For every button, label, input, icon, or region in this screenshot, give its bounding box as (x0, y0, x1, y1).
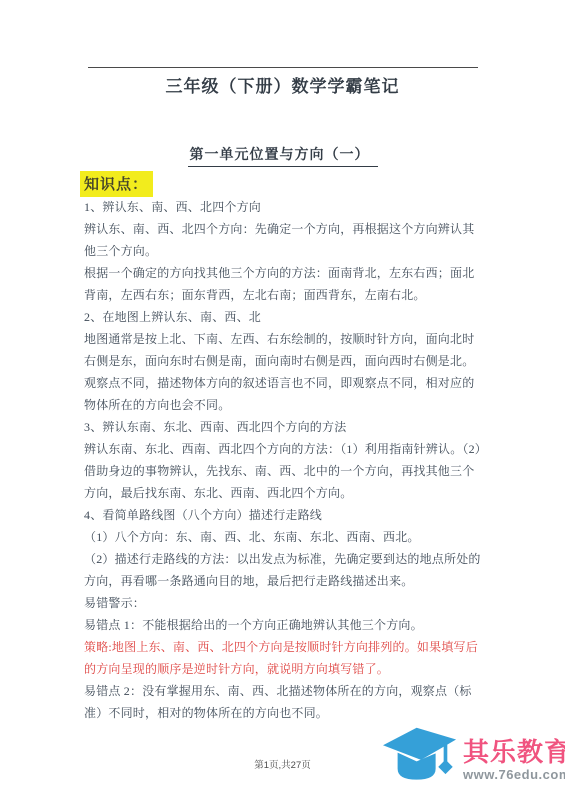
section-heading-wrap: 第一单元位置与方向（一） (0, 144, 565, 167)
logo-text: 其乐教育 www.76edu.com (463, 738, 565, 782)
body-line: 辨认东、南、西、北四个方向：先确定一个方向，再根据这个方向辨认其 (84, 218, 484, 240)
body-line: 物体所在的方向也会不同。 (84, 394, 484, 416)
body-line: 的方向呈现的顺序是逆时针方向，就说明方向填写错了。 (84, 658, 484, 680)
body-line: 借助身边的事物辨认，先找东、南、西、北中的一个方向，再找其他三个 (84, 460, 484, 482)
body-line: 4、看简单路线图（八个方向）描述行走路线 (84, 504, 484, 526)
header-rule (88, 67, 478, 68)
body-line: 右侧是东，面向东时右侧是南，面向南时右侧是西，面向西时右侧是北。 (84, 350, 484, 372)
body-line: 方向，最后找东南、东北、西南、西北四个方向。 (84, 482, 484, 504)
logo-name: 其乐教育 (463, 738, 565, 766)
body-line: 2、在地图上辨认东、南、西、北 (84, 306, 484, 328)
document-page: 三年级（下册）数学学霸笔记 第一单元位置与方向（一） 知识点： 1、辨认东、南、… (0, 0, 565, 800)
body-line: 根据一个确定的方向找其他三个方向的方法：面南背北，左东右西；面北 (84, 262, 484, 284)
knowledge-points-label: 知识点： (80, 171, 153, 197)
body-line: 背南，左西右东；面东背西，左北右南；面西背东，左南右北。 (84, 284, 484, 306)
body-line: 辨认东南、东北、西南、西北四个方向的方法：（1）利用指南针辨认。（2） (84, 438, 484, 460)
section-heading: 第一单元位置与方向（一） (188, 144, 378, 167)
body-line: 易错警示： (84, 592, 484, 614)
body-line: 准）不同时，相对的物体所在的方向也不同。 (84, 702, 484, 724)
body-line: （1）八个方向：东、南、西、北、东南、东北、西南、西北。 (84, 526, 484, 548)
body-line: 他三个方向。 (84, 240, 484, 262)
page-title: 三年级（下册）数学学霸笔记 (0, 72, 565, 97)
body-line: 地图通常是按上北、下南、左西、右东绘制的，按顺时针方向，面向北时 (84, 328, 484, 350)
body-line: 3、辨认东南、东北、西南、西北四个方向的方法 (84, 416, 484, 438)
logo-url: www.76edu.com (463, 767, 565, 782)
body-line: 易错点 2：没有掌握用东、南、西、北描述物体所在的方向，观察点（标 (84, 680, 484, 702)
logo: 其乐教育 www.76edu.com (383, 722, 565, 797)
graduation-cap-icon (383, 722, 459, 797)
body-text: 1、辨认东、南、西、北四个方向辨认东、南、西、北四个方向：先确定一个方向，再根据… (84, 196, 484, 724)
body-line: 1、辨认东、南、西、北四个方向 (84, 196, 484, 218)
body-line: （2）描述行走路线的方法：以出发点为标准，先确定要到达的地点所处的 (84, 548, 484, 570)
body-line: 策略:地图上东、南、西、北四个方向是按顺时针方向排列的。如果填写后 (84, 636, 484, 658)
body-line: 观察点不同，描述物体方向的叙述语言也不同，即观察点不同，相对应的 (84, 372, 484, 394)
body-line: 易错点 1：不能根据给出的一个方向正确地辨认其他三个方向。 (84, 614, 484, 636)
body-line: 方向，再看哪一条路通向目的地，最后把行走路线描述出来。 (84, 570, 484, 592)
